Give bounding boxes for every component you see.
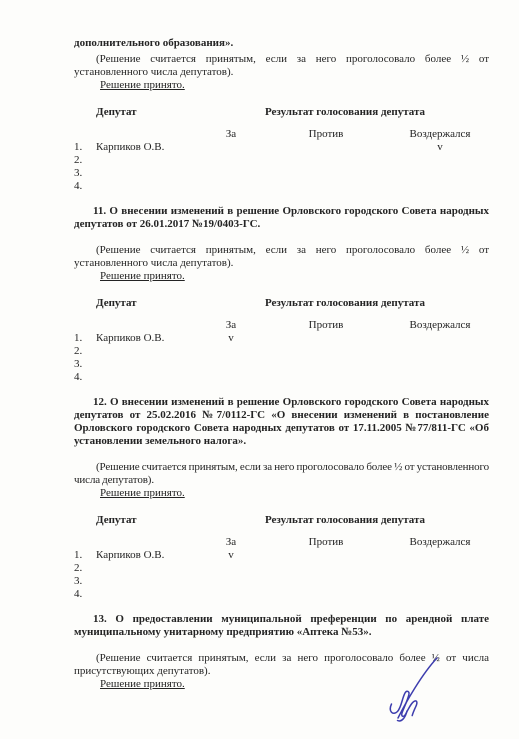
vote-mark-za: [201, 575, 261, 588]
vote-mark-za: [201, 345, 261, 358]
vote-mark-vozderzhalsya: [391, 167, 489, 180]
vote-mark-vozderzhalsya: [391, 549, 489, 562]
vote-table-deputy-header: Депутат: [96, 514, 201, 527]
row-number: 4.: [74, 180, 96, 193]
vote-col-za: За: [201, 536, 261, 549]
vote-mark-protiv: [261, 167, 391, 180]
vote-row: 3.: [74, 575, 489, 588]
deputy-name: [96, 167, 201, 180]
vote-mark-za: [201, 141, 261, 154]
decision-text: Решение принято.: [100, 487, 185, 499]
vote-row: 2.: [74, 154, 489, 167]
decision-status: Решение принято.: [74, 487, 489, 500]
agenda-item-title: 12. О внесении изменений в решение Орлов…: [74, 396, 489, 448]
vote-row: 2.: [74, 562, 489, 575]
vote-mark-za: [201, 167, 261, 180]
row-number: 4.: [74, 371, 96, 384]
vote-row: 1. Карпиков О.В. v: [74, 549, 489, 562]
agenda-item-title: 13. О предоставлении муниципальной префе…: [74, 613, 489, 639]
vote-mark-za: [201, 588, 261, 601]
vote-mark-vozderzhalsya: [391, 154, 489, 167]
vote-mark-za: [201, 562, 261, 575]
empty-cell: [96, 128, 201, 141]
deputy-name: [96, 345, 201, 358]
deputy-name: Карпиков О.В.: [96, 141, 201, 154]
decision-text: Решение принято.: [100, 678, 185, 690]
empty-cell: [74, 319, 96, 332]
vote-mark-protiv: [261, 588, 391, 601]
vote-mark-protiv: [261, 154, 391, 167]
vote-row: 4.: [74, 371, 489, 384]
vote-mark-za: v: [201, 332, 261, 345]
deputy-name: Карпиков О.В.: [96, 549, 201, 562]
vote-col-za: За: [201, 319, 261, 332]
vote-table: Депутат Результат голосования депутата З…: [74, 297, 489, 384]
row-number: 2.: [74, 562, 96, 575]
vote-mark-vozderzhalsya: [391, 332, 489, 345]
vote-col-za: За: [201, 128, 261, 141]
vote-table-deputy-header: Депутат: [96, 297, 201, 310]
row-number: 3.: [74, 358, 96, 371]
decision-text: Решение принято.: [100, 270, 185, 282]
vote-mark-protiv: [261, 141, 391, 154]
row-number: 2.: [74, 154, 96, 167]
vote-mark-protiv: [261, 371, 391, 384]
vote-mark-vozderzhalsya: [391, 180, 489, 193]
vote-col-vozderzhalsya: Воздержался: [391, 536, 489, 549]
vote-mark-protiv: [261, 345, 391, 358]
vote-col-protiv: Против: [261, 536, 391, 549]
vote-mark-protiv: [261, 549, 391, 562]
vote-table-result-header: Результат голосования депутата: [201, 297, 489, 310]
signature-ink: [386, 654, 448, 726]
empty-cell: [96, 319, 201, 332]
vote-mark-vozderzhalsya: [391, 588, 489, 601]
deputy-name: [96, 562, 201, 575]
vote-row: 4.: [74, 588, 489, 601]
vote-mark-za: v: [201, 549, 261, 562]
decision-status: Решение принято.: [74, 79, 489, 92]
decision-rule-note: (Решение считается принятым, если за нег…: [74, 244, 489, 270]
decision-text: Решение принято.: [100, 79, 185, 91]
vote-mark-za: [201, 180, 261, 193]
vote-mark-vozderzhalsya: [391, 562, 489, 575]
vote-mark-za: [201, 358, 261, 371]
vote-row: 2.: [74, 345, 489, 358]
vote-col-vozderzhalsya: Воздержался: [391, 319, 489, 332]
agenda-item-11: 11. О внесении изменений в решение Орлов…: [74, 205, 489, 384]
vote-table-result-header: Результат голосования депутата: [201, 106, 489, 119]
vote-col-vozderzhalsya: Воздержался: [391, 128, 489, 141]
vote-mark-za: [201, 371, 261, 384]
vote-table-deputy-header: Депутат: [96, 106, 201, 119]
decision-status: Решение принято.: [74, 270, 489, 283]
row-number: 1.: [74, 332, 96, 345]
vote-mark-protiv: [261, 358, 391, 371]
row-number: 3.: [74, 167, 96, 180]
empty-cell: [74, 128, 96, 141]
signature-stroke: [390, 691, 417, 716]
agenda-item-title: дополнительного образования».: [74, 37, 489, 50]
document-page: дополнительного образования». (Решение с…: [0, 0, 519, 739]
vote-mark-vozderzhalsya: [391, 358, 489, 371]
vote-col-protiv: Против: [261, 128, 391, 141]
vote-mark-za: [201, 154, 261, 167]
row-number: 1.: [74, 549, 96, 562]
empty-cell: [96, 536, 201, 549]
empty-cell: [74, 536, 96, 549]
vote-mark-protiv: [261, 332, 391, 345]
vote-row: 3.: [74, 358, 489, 371]
vote-table: Депутат Результат голосования депутата З…: [74, 514, 489, 601]
deputy-name: [96, 588, 201, 601]
vote-row: 3.: [74, 167, 489, 180]
row-number: 2.: [74, 345, 96, 358]
agenda-item-10-continuation: дополнительного образования». (Решение с…: [74, 37, 489, 193]
vote-mark-protiv: [261, 562, 391, 575]
vote-mark-vozderzhalsya: [391, 575, 489, 588]
agenda-item-title: 11. О внесении изменений в решение Орлов…: [74, 205, 489, 231]
deputy-name: [96, 371, 201, 384]
vote-mark-vozderzhalsya: [391, 371, 489, 384]
vote-row: 4.: [74, 180, 489, 193]
deputy-name: [96, 358, 201, 371]
row-number: 3.: [74, 575, 96, 588]
deputy-name: [96, 575, 201, 588]
vote-mark-protiv: [261, 575, 391, 588]
deputy-name: Карпиков О.В.: [96, 332, 201, 345]
vote-row: 1. Карпиков О.В. v: [74, 141, 489, 154]
vote-row: 1. Карпиков О.В. v: [74, 332, 489, 345]
decision-rule-note: (Решение считается принятым, если за нег…: [74, 461, 489, 487]
deputy-name: [96, 154, 201, 167]
deputy-name: [96, 180, 201, 193]
vote-table-result-header: Результат голосования депутата: [201, 514, 489, 527]
vote-col-protiv: Против: [261, 319, 391, 332]
vote-mark-vozderzhalsya: [391, 345, 489, 358]
vote-mark-vozderzhalsya: v: [391, 141, 489, 154]
row-number: 1.: [74, 141, 96, 154]
decision-rule-note: (Решение считается принятым, если за нег…: [74, 53, 489, 79]
row-number: 4.: [74, 588, 96, 601]
vote-table: Депутат Результат голосования депутата З…: [74, 106, 489, 193]
vote-mark-protiv: [261, 180, 391, 193]
agenda-item-12: 12. О внесении изменений в решение Орлов…: [74, 396, 489, 601]
